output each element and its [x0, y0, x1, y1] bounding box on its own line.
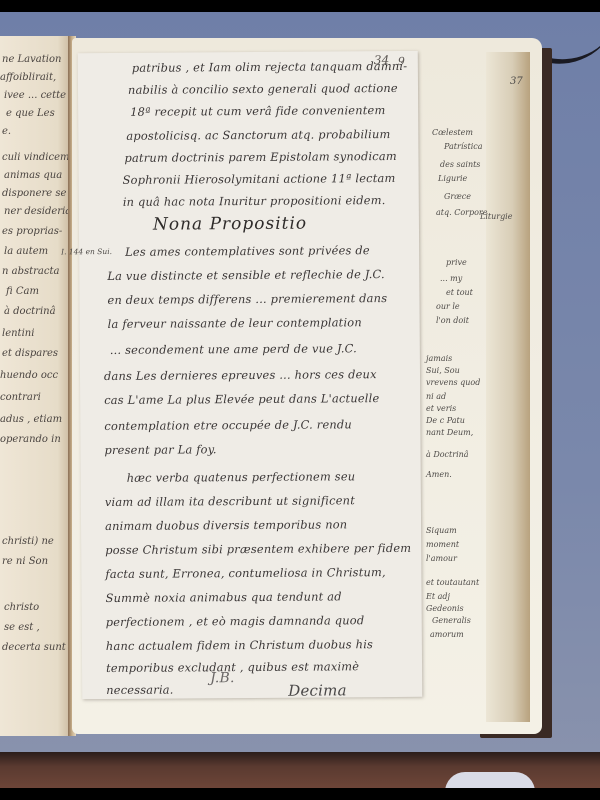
text-line: Summè noxia animabus qua tendunt ad	[106, 589, 342, 605]
text-line: nabilis à concilio sexto generali quod a…	[128, 81, 398, 97]
left-fragment: christo	[4, 602, 39, 613]
text-line: la ferveur naissante de leur contemplati…	[108, 315, 362, 331]
text-line: apostolicisq. ac Sanctorum atq. probabil…	[126, 127, 390, 143]
margin-note: prive	[446, 258, 467, 267]
margin-reference: I. 144 en Sui.	[61, 247, 112, 256]
left-fragment: ne Lavation	[2, 54, 61, 65]
text-line: hæc verba quatenus perfectionem seu	[127, 469, 356, 485]
text-line: perfectionem , et eò magis damnanda quod	[106, 613, 365, 629]
text-line: Sophronii Hierosolymitani actione 11ª le…	[123, 171, 396, 187]
margin-note: Cœlestem	[432, 128, 473, 137]
page-number: 37	[510, 76, 523, 87]
left-fragment: huendo occ	[0, 370, 58, 381]
left-fragment: adus , etiam	[0, 414, 62, 425]
margin-note: Græce	[444, 192, 471, 201]
left-fragment: lentini	[2, 328, 34, 339]
cloth	[445, 772, 535, 788]
text-line: animam duobus diversis temporibus non	[105, 517, 347, 533]
manuscript-photo: ne Lavation affoiblirait, ivee ... cette…	[0, 12, 600, 788]
margin-note: our le	[436, 302, 460, 311]
text-line: La vue distincte et sensible et reflechi…	[107, 267, 385, 283]
left-fragment: à doctrinâ	[4, 306, 56, 317]
margin-note: nant Deum,	[426, 428, 473, 437]
left-fragment: culi vindicem	[2, 152, 70, 163]
margin-note: Amen.	[426, 470, 452, 479]
margin-note: moment	[426, 540, 459, 549]
margin-note: De c Patu	[426, 416, 465, 425]
margin-note: Sui, Sou	[426, 366, 460, 375]
text-line: posse Christum sibi præsentem exhibere p…	[105, 541, 411, 557]
left-fragment: ivee ... cette	[4, 90, 66, 101]
text-line: in quâ hac nota Inuritur propositioni ei…	[123, 193, 386, 209]
margin-note: et veris	[426, 404, 456, 413]
left-fragment: la autem	[4, 246, 48, 257]
text-line: present par La foy.	[104, 442, 216, 457]
margin-note: et tout	[446, 288, 473, 297]
left-fragment: fi Cam	[6, 286, 39, 297]
catchword-signature: Decima	[288, 681, 347, 699]
text-line: patrum doctrinis parem Epistolam synodic…	[124, 149, 396, 165]
left-fragment: affoiblirait,	[0, 72, 56, 83]
left-fragment: e.	[2, 126, 11, 137]
left-fragment: contrari	[0, 392, 41, 403]
book-left-page: ne Lavation affoiblirait, ivee ... cette…	[0, 36, 72, 736]
margin-note: jamais	[426, 354, 452, 363]
manuscript-slip: 34 9 patribus , et Iam olim rejecta tanq…	[78, 51, 423, 699]
text-line: en deux temps differens ... premierement…	[107, 291, 387, 307]
text-line: ... secondement une ame perd de vue J.C.	[110, 341, 357, 357]
left-fragment: disponere se	[2, 188, 66, 199]
margin-note: l'on doit	[436, 316, 469, 325]
section-heading: Nona Propositio	[153, 214, 307, 235]
text-line: contemplation etre occupée de J.C. rendu	[104, 417, 352, 433]
text-line: 18ª recepit ut cum verâ fide conveniente…	[130, 103, 385, 119]
text-line: cas L'ame La plus Elevée peut dans L'act…	[104, 391, 379, 407]
left-fragment: se est ,	[4, 622, 40, 633]
margin-note: ... my	[440, 274, 462, 283]
left-fragment: es proprias-	[2, 226, 62, 237]
margin-note: Siquam	[426, 526, 457, 535]
margin-note: ni ad	[426, 392, 446, 401]
margin-note: amorum	[430, 630, 464, 639]
margin-note: Gedeonis	[426, 604, 464, 613]
margin-note: vrevens quod	[426, 378, 480, 387]
flourish-mark: J.B.	[210, 670, 235, 686]
left-fragment: decerta sunt	[2, 642, 66, 653]
left-fragment: et dispares	[2, 348, 58, 359]
margin-note: Generalis	[432, 616, 471, 625]
left-fragment: re ni Son	[2, 556, 48, 567]
text-line: viam ad illam ita describunt ut signific…	[105, 493, 355, 509]
left-fragment: n abstracta	[2, 266, 59, 277]
margin-note: l'amour	[426, 554, 457, 563]
margin-note: et toutautant	[426, 578, 479, 587]
text-line: Les ames contemplatives sont privées de	[125, 243, 370, 259]
margin-note: des saints	[440, 160, 480, 169]
page-stack-edge	[486, 52, 530, 722]
left-fragment: e que Les	[6, 108, 55, 119]
left-fragment: animas qua	[4, 170, 62, 181]
text-line: facta sunt, Erronea, contumeliosa in Chr…	[105, 565, 386, 581]
margin-note: Et adj	[426, 592, 450, 601]
margin-note: Liturgie	[480, 212, 512, 221]
text-line: dans Les dernieres epreuves ... hors ces…	[104, 367, 377, 383]
left-fragment: ner desideria	[4, 206, 71, 217]
text-line: necessaria.	[106, 683, 173, 697]
margin-note: Ligurie	[438, 174, 467, 183]
margin-note: Patrística	[444, 142, 483, 151]
margin-note: à Doctrinâ	[426, 450, 469, 459]
text-line: hanc actualem fidem in Christum duobus h…	[106, 637, 373, 653]
text-line: patribus , et Iam olim rejecta tanquam d…	[132, 59, 407, 75]
left-fragment: christi) ne	[2, 536, 54, 547]
left-fragment: operando in	[0, 434, 61, 445]
